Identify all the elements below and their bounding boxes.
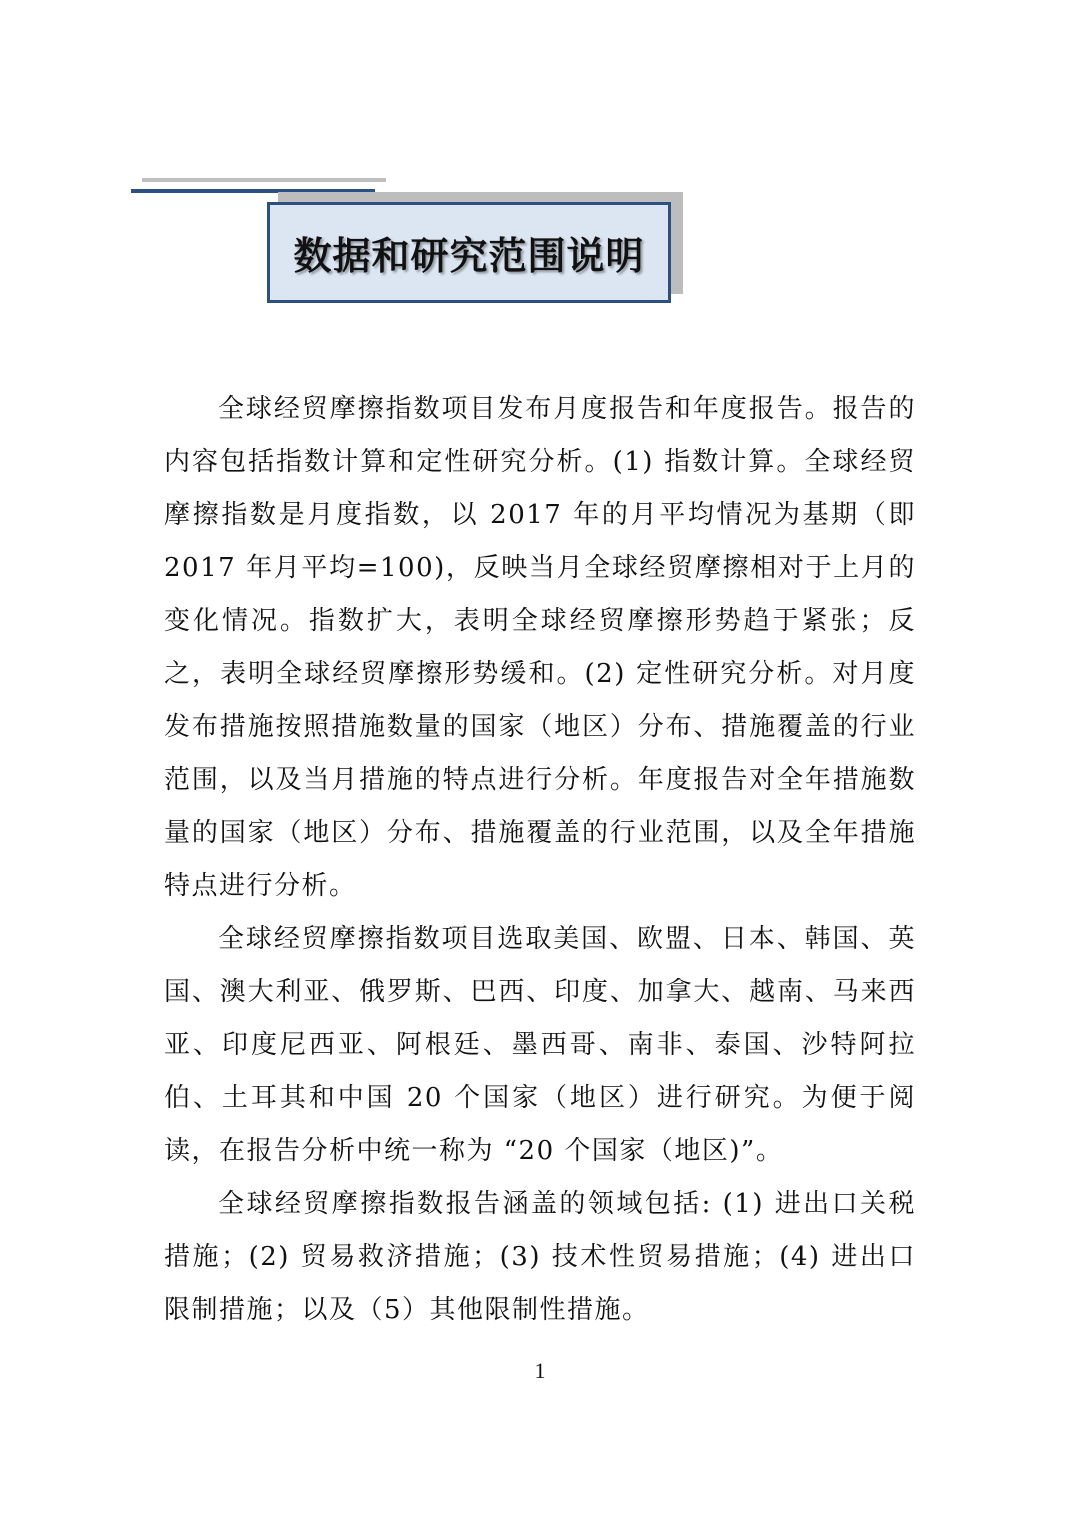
paragraph-coverage: 全球经贸摩擦指数报告涵盖的领域包括: (1) 进出口关税措施；(2) 贸易救济措…: [164, 1178, 916, 1337]
body-text: 全球经贸摩擦指数项目发布月度报告和年度报告。报告的内容包括指数计算和定性研究分析…: [164, 383, 916, 1337]
page-title: 数据和研究范围说明: [293, 225, 644, 280]
page-number: 1: [0, 1358, 1080, 1384]
paragraph-countries: 全球经贸摩擦指数项目选取美国、欧盟、日本、韩国、英国、澳大利亚、俄罗斯、巴西、印…: [164, 913, 916, 1178]
paragraph-report-contents: 全球经贸摩擦指数项目发布月度报告和年度报告。报告的内容包括指数计算和定性研究分析…: [164, 383, 916, 913]
title-box: 数据和研究范围说明: [267, 202, 671, 303]
decorative-gray-rule: [142, 178, 386, 182]
